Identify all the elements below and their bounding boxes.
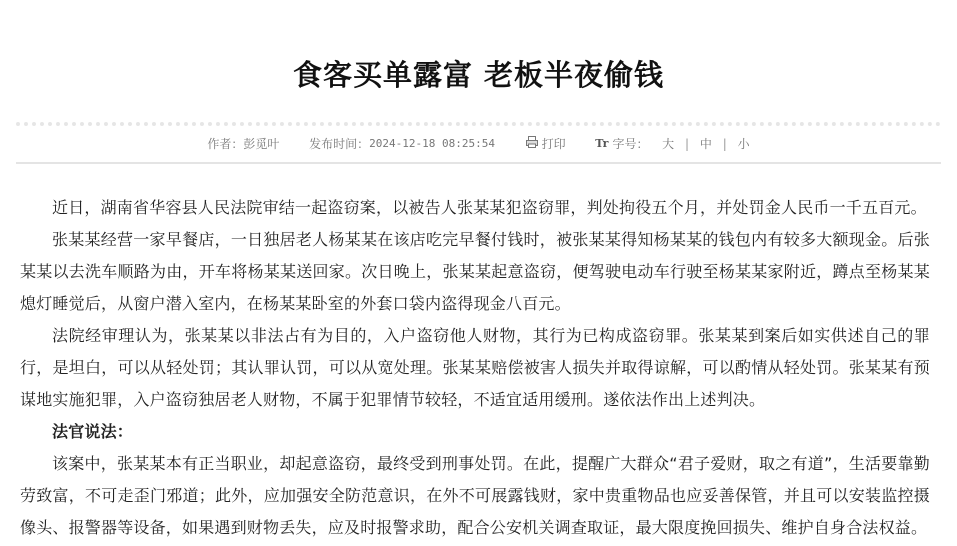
author-label: 作者： [207,131,243,157]
separator: | [685,131,689,157]
separator: | [723,131,727,157]
publish-time: 2024-12-18 08:25:54 [369,131,495,157]
publish-time-label: 发布时间： [309,131,369,157]
paragraph: 近日，湖南省华容县人民法院审结一起盗窃案，以被告人张某某犯盗窃罪，判处拘役五个月… [20,192,930,224]
article-meta: 作者：彭觅叶 发布时间：2024-12-18 08:25:54 打印 Tr字号：… [16,130,941,157]
paragraph: 该案中，张某某本有正当职业，却起意盗窃，最终受到刑事处罚。在此，提醒广大群众“君… [20,448,930,544]
font-size-large-button[interactable]: 大 [662,131,674,157]
print-label: 打印 [542,131,566,157]
font-size-icon: Tr [595,131,608,157]
article-meta-bar: 作者：彭觅叶 发布时间：2024-12-18 08:25:54 打印 Tr字号：… [16,122,941,164]
print-button[interactable]: 打印 [525,130,566,157]
font-size-label: 字号： [612,131,648,157]
section-heading-judge-comment: 法官说法： [20,416,930,448]
font-size-medium-button[interactable]: 中 [700,131,712,157]
font-size-small-button[interactable]: 小 [738,131,750,157]
paragraph: 法院经审理认为，张某某以非法占有为目的，入户盗窃他人财物，其行为已构成盗窃罪。张… [20,320,930,416]
paragraph: 张某某经营一家早餐店，一日独居老人杨某某在该店吃完早餐付钱时，被张某某得知杨某某… [20,224,930,320]
printer-icon [525,135,539,149]
article-title: 食客买单露富 老板半夜偷钱 [0,55,957,95]
author-name: 彭觅叶 [243,131,279,157]
article-body: 近日，湖南省华容县人民法院审结一起盗窃案，以被告人张某某犯盗窃罪，判处拘役五个月… [20,192,930,544]
